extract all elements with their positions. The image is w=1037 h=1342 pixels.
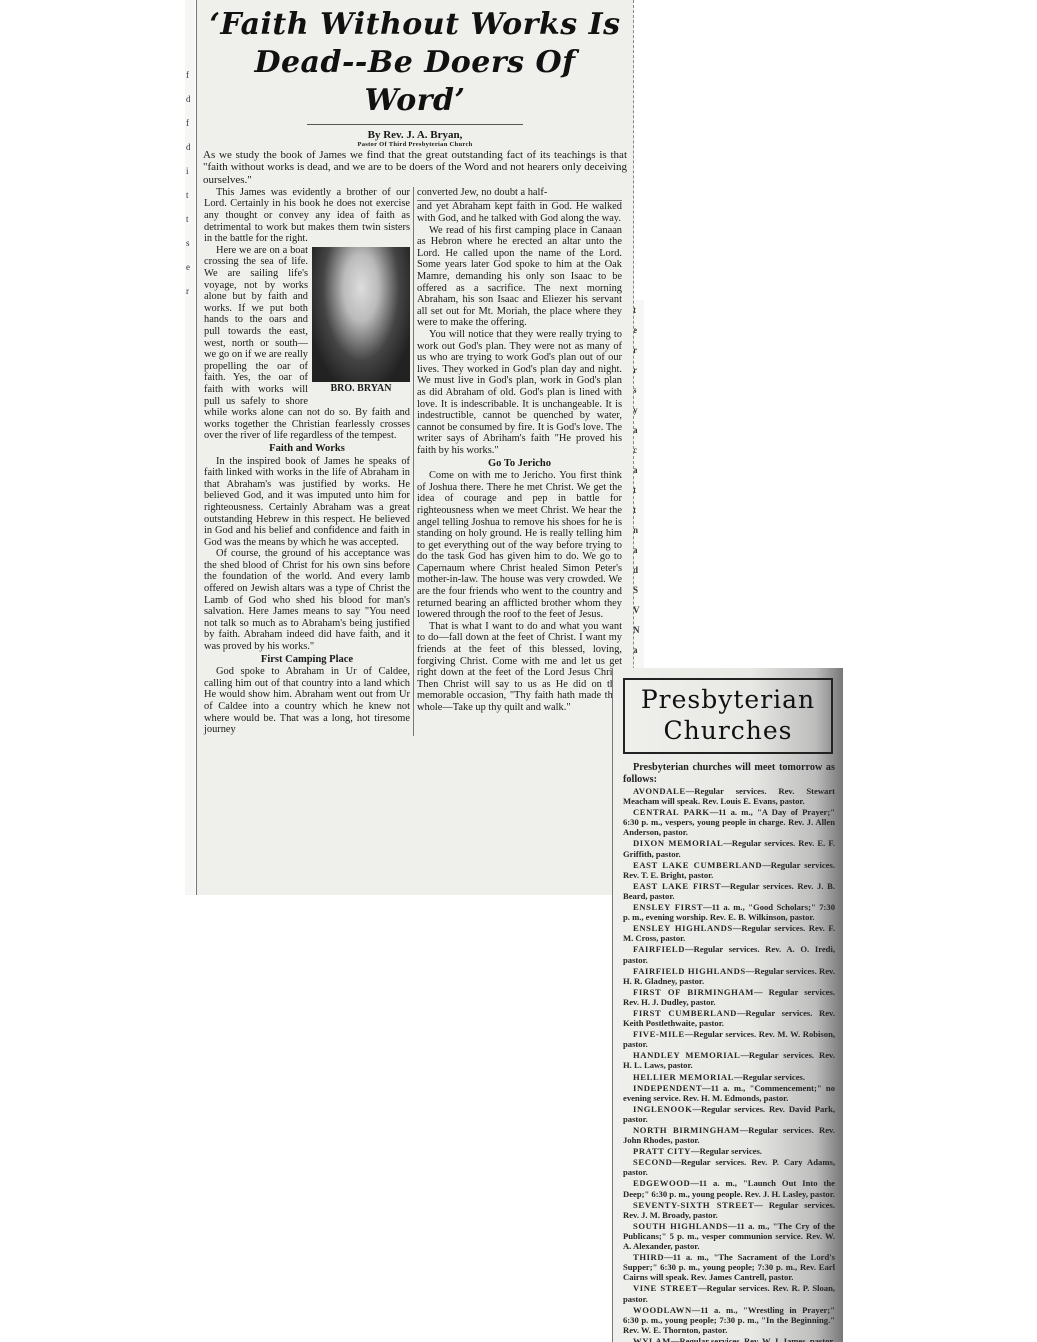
paragraph: and yet Abraham kept faith in God. He wa…: [417, 200, 622, 224]
church-name: ENSLEY FIRST: [633, 902, 703, 912]
church-name: VINE STREET: [633, 1283, 698, 1293]
church-name: WYLAM: [633, 1336, 671, 1342]
church-entry: THIRD—11 a. m., "The Sacrament of the Lo…: [623, 1252, 835, 1282]
adjacent-column-fragments-left: fdfdittser: [185, 0, 195, 895]
church-entry: WYLAM—Regular services. Rev. W. J. James…: [623, 1336, 835, 1342]
church-entry: HANDLEY MEMORIAL—Regular services. Rev. …: [623, 1050, 835, 1070]
headline-rule: [307, 124, 523, 125]
church-name: SOUTH HIGHLANDS: [633, 1221, 728, 1231]
intro-paragraph: As we study the book of James we find th…: [203, 149, 627, 186]
church-entry: EAST LAKE FIRST—Regular services. Rev. J…: [623, 881, 835, 901]
listing-title-box: Presbyterian Churches: [623, 678, 833, 754]
column-1: This James was evidently a brother of ou…: [201, 187, 413, 736]
edge-letter: t: [186, 214, 189, 224]
church-name: FAIRFIELD HIGHLANDS: [633, 966, 746, 976]
church-entry: INDEPENDENT—11 a. m., "Commencement;" no…: [623, 1083, 835, 1103]
church-name: FIVE-MILE: [633, 1029, 685, 1039]
church-name: FIRST OF BIRMINGHAM: [633, 987, 754, 997]
church-entries: AVONDALE—Regular services. Rev. Stewart …: [613, 786, 843, 1342]
church-name: FIRST CUMBERLAND: [633, 1008, 737, 1018]
church-listing-clipping: Presbyterian Churches Presbyterian churc…: [612, 668, 843, 1342]
paragraph: You will notice that they were really tr…: [417, 329, 622, 457]
church-entry: PRATT CITY—Regular services.: [623, 1146, 835, 1156]
church-name: AVONDALE: [633, 786, 686, 796]
church-entry: SEVENTY-SIXTH STREET— Regular services. …: [623, 1200, 835, 1220]
church-service-details: —Regular services.: [691, 1146, 762, 1156]
church-name: WOODLAWN: [633, 1305, 692, 1315]
listing-intro: Presbyterian churches will meet tomorrow…: [623, 762, 835, 785]
subhead-first-camping-place: First Camping Place: [204, 654, 410, 666]
paragraph: Come on with me to Jericho. You first th…: [417, 470, 622, 621]
edge-letter: f: [186, 70, 189, 80]
church-entry: SOUTH HIGHLANDS—11 a. m., "The Cry of th…: [623, 1221, 835, 1251]
church-entry: INGLENOOK—Regular services. Rev. David P…: [623, 1104, 835, 1124]
listing-title-line-1: Presbyterian: [625, 684, 831, 715]
church-name: THIRD: [633, 1252, 664, 1262]
church-name: SEVENTY-SIXTH STREET: [633, 1200, 754, 1210]
edge-letter: d: [186, 142, 191, 152]
church-name: HANDLEY MEMORIAL: [633, 1050, 740, 1060]
church-name: EDGEWOOD: [633, 1178, 690, 1188]
author-photo: BRO. BRYAN: [312, 247, 410, 395]
subhead-go-to-jericho: Go To Jericho: [417, 458, 622, 470]
church-entry: AVONDALE—Regular services. Rev. Stewart …: [623, 786, 835, 806]
paragraph: This James was evidently a brother of ou…: [204, 187, 410, 245]
byline-title: Pastor Of Third Presbyterian Church: [197, 141, 633, 148]
edge-letter: f: [186, 118, 189, 128]
paragraph: converted Jew, no doubt a half-: [417, 187, 622, 199]
church-name: CENTRAL PARK: [633, 807, 710, 817]
church-entry: FIRST CUMBERLAND—Regular services. Rev. …: [623, 1008, 835, 1028]
church-name: EAST LAKE CUMBERLAND: [633, 860, 762, 870]
church-name: DIXON MEMORIAL: [633, 838, 723, 848]
headline-line-1: ‘Faith Without Works Is: [201, 6, 629, 44]
edge-letter: d: [186, 94, 191, 104]
paragraph: We read of his first camping place in Ca…: [417, 225, 622, 329]
edge-letter: t: [186, 190, 189, 200]
church-entry: ENSLEY FIRST—11 a. m., "Good Scholars;" …: [623, 902, 835, 922]
church-entry: HELLIER MEMORIAL—Regular services.: [623, 1072, 835, 1082]
church-name: EAST LAKE FIRST: [633, 881, 721, 891]
headline-line-2: Dead--Be Doers Of Word’: [201, 44, 629, 120]
article-clipping: ‘Faith Without Works Is Dead--Be Doers O…: [196, 0, 634, 895]
church-entry: VINE STREET—Regular services. Rev. R. P.…: [623, 1283, 835, 1303]
church-name: SECOND: [633, 1157, 672, 1167]
paragraph: God spoke to Abraham in Ur of Caldee, ca…: [204, 666, 410, 736]
church-entry: DIXON MEMORIAL—Regular services. Rev. E.…: [623, 838, 835, 858]
edge-letter: r: [186, 286, 189, 296]
church-name: HELLIER MEMORIAL: [633, 1072, 734, 1082]
church-entry: FIVE-MILE—Regular services. Rev. M. W. R…: [623, 1029, 835, 1049]
church-entry: FIRST OF BIRMINGHAM— Regular services. R…: [623, 987, 835, 1007]
church-name: FAIRFIELD: [633, 944, 685, 954]
column-2: converted Jew, no doubt a half- and yet …: [413, 187, 625, 736]
paragraph: In the inspired book of James he speaks …: [204, 456, 410, 549]
church-entry: EDGEWOOD—11 a. m., "Launch Out Into the …: [623, 1178, 835, 1198]
edge-letter: e: [186, 262, 190, 272]
article-columns: This James was evidently a brother of ou…: [201, 187, 629, 736]
edge-letter: s: [186, 238, 190, 248]
edge-letter: i: [186, 166, 189, 176]
church-entry: FAIRFIELD—Regular services. Rev. A. O. I…: [623, 944, 835, 964]
church-name: INGLENOOK: [633, 1104, 692, 1114]
church-entry: FAIRFIELD HIGHLANDS—Regular services. Re…: [623, 966, 835, 986]
church-entry: CENTRAL PARK—11 a. m., "A Day of Prayer;…: [623, 807, 835, 837]
church-name: NORTH BIRMINGHAM: [633, 1125, 740, 1135]
portrait-image: [312, 247, 410, 382]
subhead-faith-and-works: Faith and Works: [204, 443, 410, 455]
church-entry: EAST LAKE CUMBERLAND—Regular services. R…: [623, 860, 835, 880]
church-entry: NORTH BIRMINGHAM—Regular services. Rev. …: [623, 1125, 835, 1145]
church-name: INDEPENDENT: [633, 1083, 702, 1093]
church-entry: SECOND—Regular services. Rev. P. Cary Ad…: [623, 1157, 835, 1177]
church-entry: WOODLAWN—11 a. m., "Wrestling in Prayer;…: [623, 1305, 835, 1335]
paragraph: That is what I want to do and what you w…: [417, 621, 622, 714]
church-name: ENSLEY HIGHLANDS: [633, 923, 733, 933]
listing-title-line-2: Churches: [625, 715, 831, 746]
church-service-details: —Regular services.: [734, 1072, 805, 1082]
byline: By Rev. J. A. Bryan,: [197, 129, 633, 141]
photo-caption: BRO. BRYAN: [312, 383, 410, 395]
church-name: PRATT CITY: [633, 1146, 691, 1156]
article-headline: ‘Faith Without Works Is Dead--Be Doers O…: [201, 6, 629, 120]
church-service-details: —Regular services. Rev. W. J. James, pas…: [671, 1336, 835, 1342]
paragraph: Of course, the ground of his acceptance …: [204, 548, 410, 652]
church-entry: ENSLEY HIGHLANDS—Regular services. Rev. …: [623, 923, 835, 943]
